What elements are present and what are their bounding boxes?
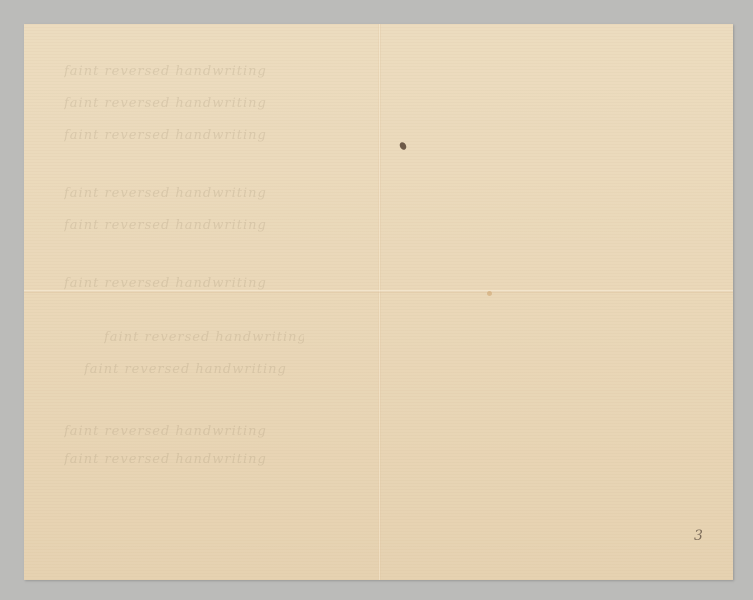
ink-spot [398,141,407,151]
bleed-through-line: faint reversed handwriting [64,452,374,467]
bleed-through-line: faint reversed handwriting [64,424,374,439]
bleed-through-line: faint reversed handwriting [64,64,374,79]
page-number: 3 [694,528,703,544]
bleed-through-line: faint reversed handwriting [104,330,304,345]
photo-background: faint reversed handwriting faint reverse… [0,0,753,600]
bleed-through-line: faint reversed handwriting [64,186,374,201]
bleed-through-line: faint reversed handwriting [84,362,344,377]
vertical-fold [378,24,381,580]
letter-sheet: faint reversed handwriting faint reverse… [24,24,733,580]
bleed-through-line: faint reversed handwriting [64,96,374,111]
bleed-through-line: faint reversed handwriting [64,128,374,143]
stain-spot [487,291,492,296]
bleed-through-line: faint reversed handwriting [64,218,374,233]
bleed-through-line: faint reversed handwriting [64,276,374,291]
